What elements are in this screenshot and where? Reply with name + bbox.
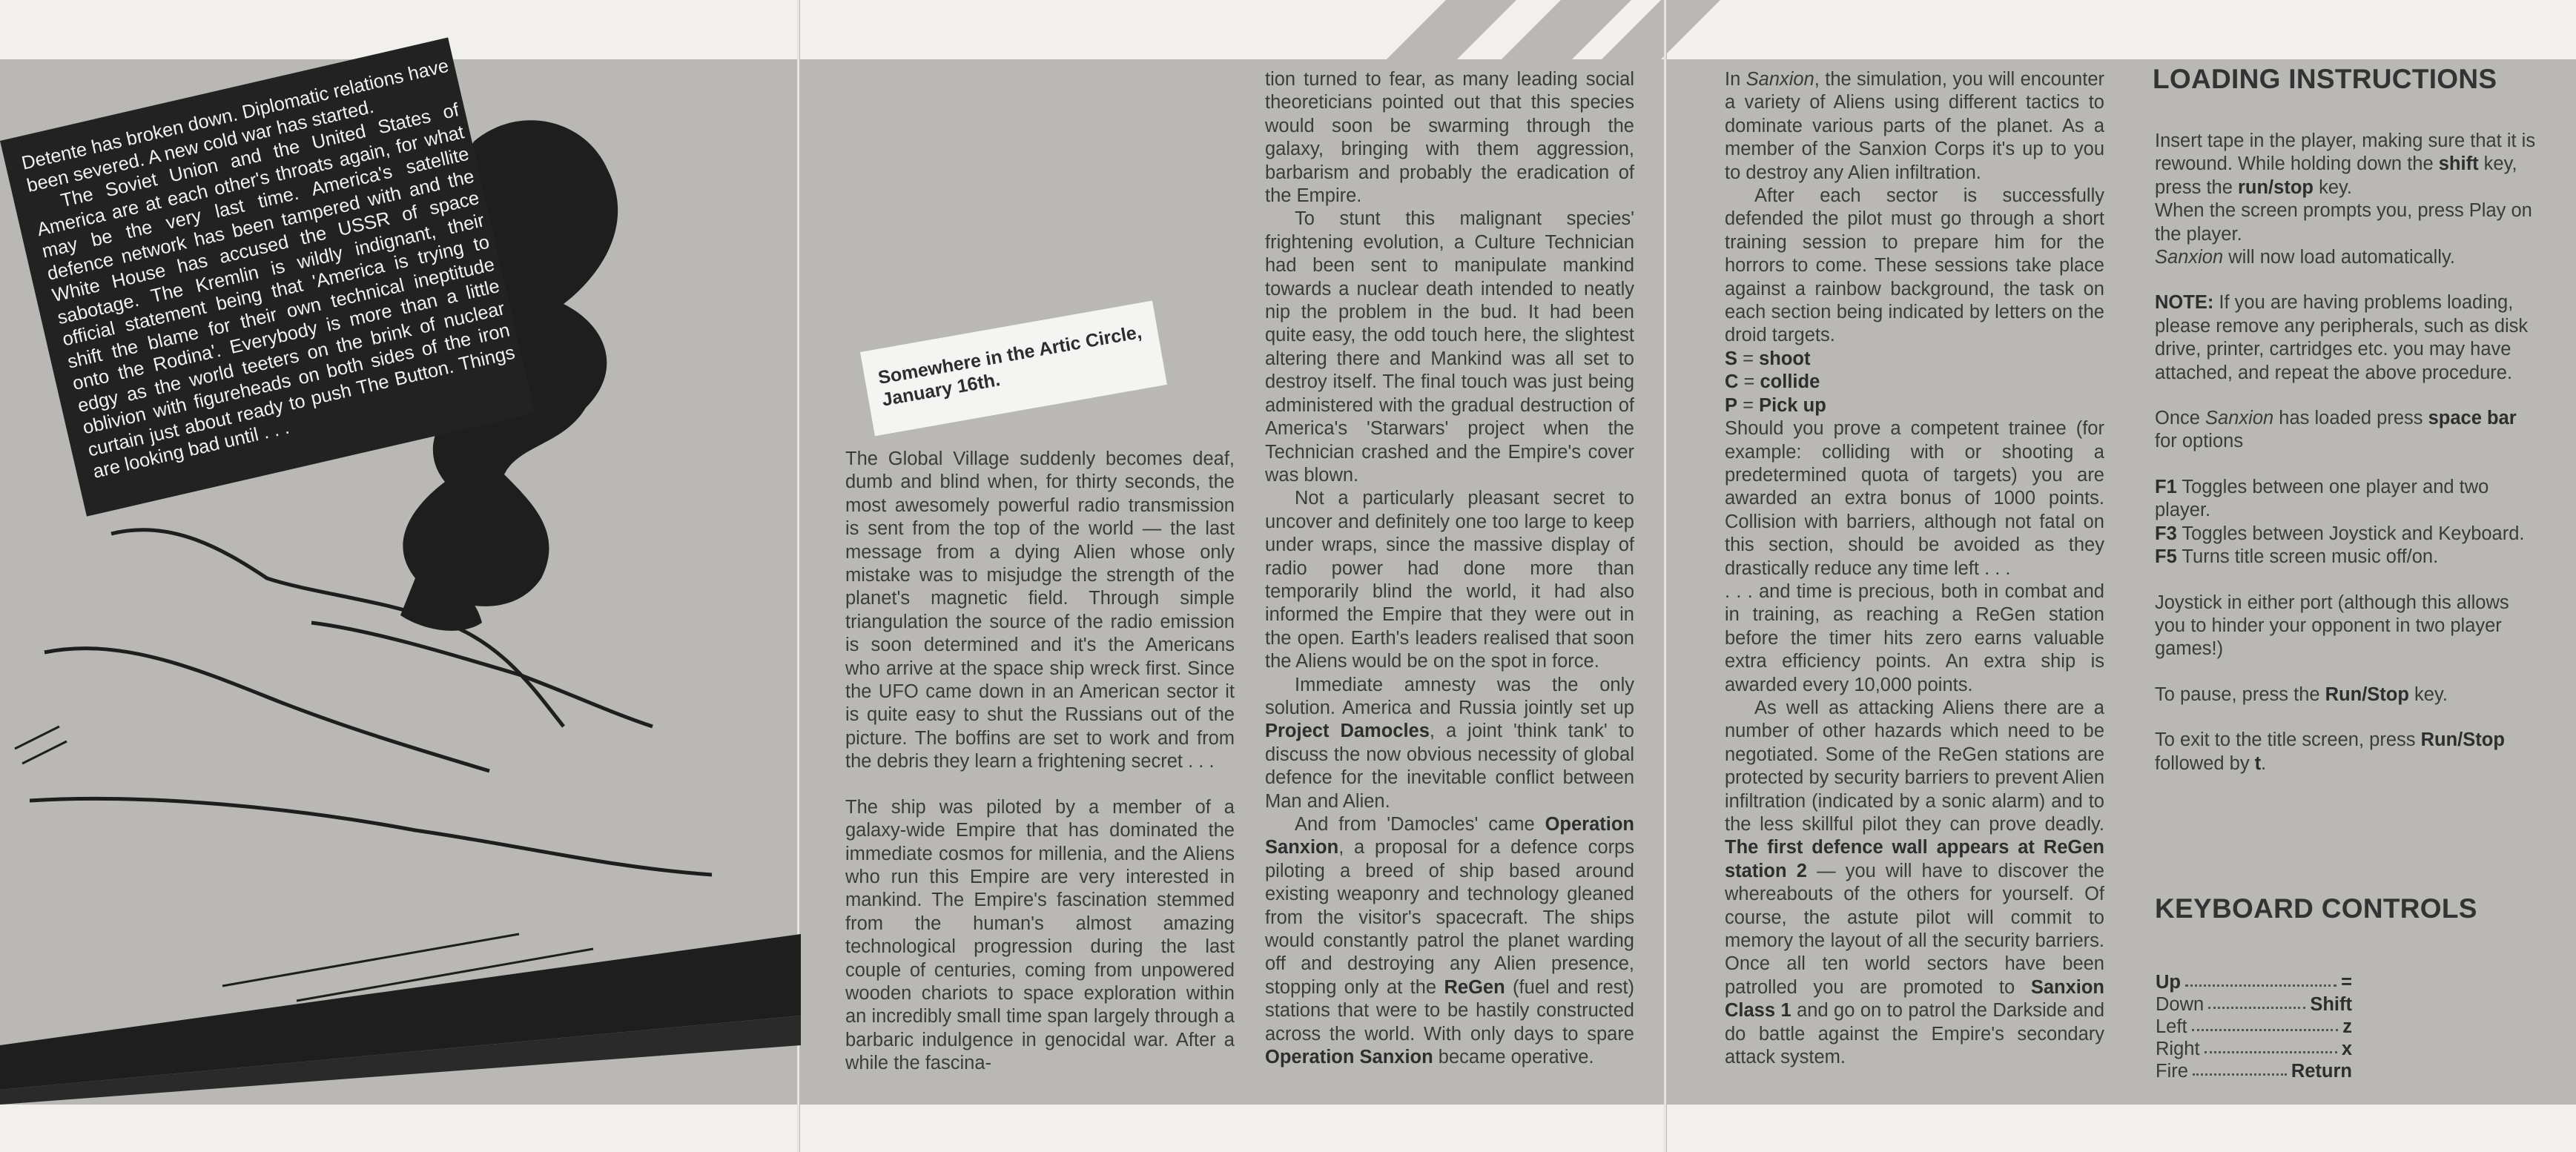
target-label: shoot: [1759, 348, 1810, 369]
text: As well as attacking Aliens there are a …: [1725, 698, 2104, 835]
fkey: F5: [2155, 546, 2177, 567]
key-shift: shift: [2439, 153, 2479, 174]
target-label: Pick up: [1759, 395, 1826, 416]
keyboard-row: FireReturn: [2156, 1060, 2352, 1082]
loading-step: When the screen prompts you, press Play …: [2155, 199, 2540, 246]
game-paragraph: As well as attacking Aliens there are a …: [1725, 697, 2104, 1070]
action-label: Right: [2156, 1038, 2200, 1060]
keyboard-controls-heading: KEYBOARD CONTROLS: [2155, 893, 2477, 924]
story-paragraph: The ship was piloted by a member of a ga…: [845, 796, 1235, 1076]
fkey: F1: [2155, 477, 2177, 497]
action-label: Up: [2156, 971, 2181, 993]
text: Toggles between Joystick and Keyboard.: [2177, 523, 2525, 544]
loading-step: Sanxion will now load automatically.: [2155, 246, 2540, 269]
decorative-stripe: [1387, 0, 1516, 59]
key-label: =: [2341, 971, 2352, 993]
game-paragraph: Should you prove a competent trainee (fo…: [1725, 417, 2104, 580]
text: Toggles between one player and two playe…: [2155, 477, 2489, 520]
game-column: In Sanxion, the simulation, you will enc…: [1725, 68, 2104, 1069]
joystick-note: Joystick in either port (although this a…: [2155, 592, 2540, 661]
note-label: NOTE:: [2155, 292, 2213, 313]
loading-note: NOTE: If you are having problems loading…: [2155, 291, 2540, 385]
text: followed by: [2155, 753, 2255, 774]
text: key.: [2409, 684, 2448, 705]
leader-dots: [2205, 1038, 2337, 1053]
leader-dots: [2192, 1016, 2339, 1031]
text: will now load automatically.: [2223, 247, 2455, 268]
game-title: Sanxion: [2155, 247, 2223, 268]
text: In: [1725, 69, 1746, 90]
text: Once: [2155, 408, 2205, 428]
target-item: P = Pick up: [1725, 394, 2104, 417]
regen: ReGen: [1444, 977, 1505, 998]
key-run-stop: Run/Stop: [2421, 729, 2505, 750]
key-label: x: [2342, 1038, 2352, 1060]
text: To exit to the title screen, press: [2155, 729, 2421, 750]
action-label: Fire: [2156, 1060, 2188, 1082]
key-run-stop: Run/Stop: [2325, 684, 2409, 705]
key-label: Return: [2291, 1060, 2352, 1082]
loading-instructions: Insert tape in the player, making sure t…: [2155, 130, 2540, 775]
target-key: S: [1725, 348, 1737, 369]
game-paragraph: In Sanxion, the simulation, you will enc…: [1725, 68, 2104, 185]
fkey-item: F5 Turns title screen music off/on.: [2155, 546, 2540, 569]
target-item: S = shoot: [1725, 348, 2104, 371]
action-label: Left: [2156, 1016, 2187, 1038]
text: has loaded press: [2273, 408, 2428, 428]
story-paragraph: And from 'Damocles' came Operation Sanxi…: [1265, 813, 1634, 1069]
pause-note: To pause, press the Run/Stop key.: [2155, 683, 2540, 706]
text: , a proposal for a defence corps pilotin…: [1265, 837, 1634, 997]
text: for options: [2155, 431, 2243, 451]
keyboard-controls-list: Up= DownShift Leftz Rightx FireReturn: [2156, 971, 2352, 1082]
loading-instructions-heading: LOADING INSTRUCTIONS: [2153, 64, 2497, 95]
game-paragraph: . . . and time is precious, both in comb…: [1725, 580, 2104, 697]
target-label: collide: [1760, 371, 1820, 392]
story-column-2: tion turned to fear, as many leading soc…: [1265, 68, 1634, 1069]
text: key.: [2314, 177, 2352, 198]
key-label: z: [2342, 1016, 2352, 1038]
key-label: Shift: [2310, 993, 2352, 1016]
text: Turns title screen music off/on.: [2177, 546, 2438, 567]
fkey-item: F3 Toggles between Joystick and Keyboard…: [2155, 523, 2540, 546]
loading-step: Insert tape in the player, making sure t…: [2155, 130, 2540, 199]
text: became operative.: [1433, 1047, 1594, 1067]
leader-dots: [2208, 993, 2305, 1009]
key-t: t: [2255, 753, 2262, 774]
story-paragraph: Not a particularly pleasant secret to un…: [1265, 487, 1634, 673]
story-paragraph: The Global Village suddenly becomes deaf…: [845, 448, 1235, 774]
text: And from 'Damocles' came: [1295, 814, 1545, 835]
keyboard-row: DownShift: [2156, 993, 2352, 1016]
story-paragraph: To stunt this malignant species' frighte…: [1265, 208, 1634, 487]
leader-dots: [2185, 971, 2336, 987]
text: Immediate amnesty was the only solution.…: [1265, 675, 1634, 718]
options-note: Once Sanxion has loaded press space bar …: [2155, 407, 2540, 454]
exit-note: To exit to the title screen, press Run/S…: [2155, 729, 2540, 775]
fkey-item: F1 Toggles between one player and two pl…: [2155, 476, 2540, 523]
leader-dots: [2193, 1060, 2287, 1076]
story-paragraph: Immediate amnesty was the only solution.…: [1265, 674, 1634, 813]
action-label: Down: [2156, 993, 2204, 1016]
keyboard-row: Up=: [2156, 971, 2352, 993]
target-key: P: [1725, 395, 1737, 416]
story-paragraph: tion turned to fear, as many leading soc…: [1265, 68, 1634, 208]
key-space-bar: space bar: [2428, 408, 2517, 428]
keyboard-row: Rightx: [2156, 1038, 2352, 1060]
key-run-stop: run/stop: [2238, 177, 2314, 198]
text: To pause, press the: [2155, 684, 2325, 705]
target-key: C: [1725, 371, 1738, 392]
game-title: Sanxion: [1746, 69, 1814, 90]
project-damocles: Project Damocles: [1265, 721, 1430, 741]
story-column-1: The Global Village suddenly becomes deaf…: [845, 448, 1235, 1076]
keyboard-row: Leftz: [2156, 1016, 2352, 1038]
game-paragraph: After each sector is successfully defend…: [1725, 185, 2104, 348]
page-fold: [1664, 0, 1667, 1152]
fkey: F3: [2155, 523, 2177, 544]
game-title: Sanxion: [2205, 408, 2273, 428]
target-item: C = collide: [1725, 371, 2104, 394]
operation-sanxion: Operation Sanxion: [1265, 1047, 1433, 1067]
text: .: [2261, 753, 2266, 774]
